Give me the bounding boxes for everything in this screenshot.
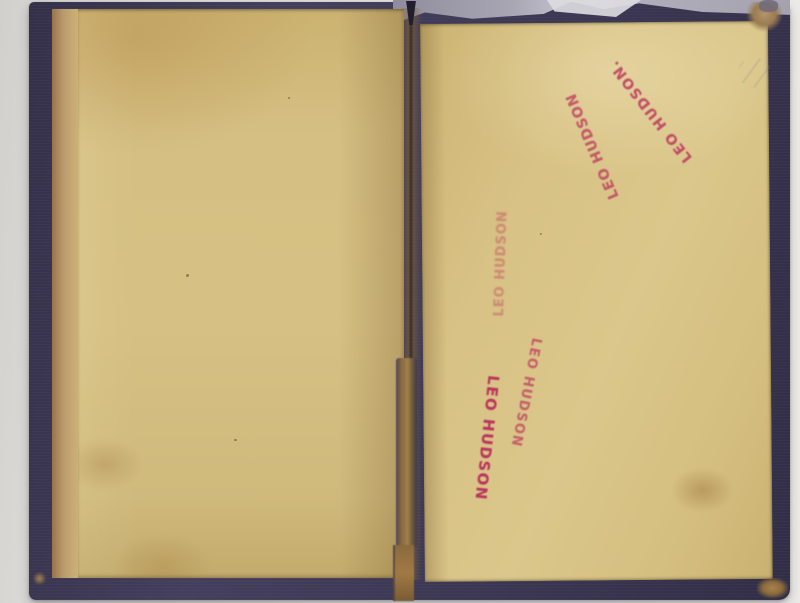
spine-binding-tape [396,358,417,548]
page-speck [234,439,237,441]
left-blank-page [78,9,404,578]
page-speck [540,233,542,235]
page-speck [288,97,290,99]
page-speck [186,274,189,277]
worn-corner-top-right-nick [759,0,778,12]
spine-tape-bottom [393,545,414,601]
worn-corner-bottom-left [33,572,46,585]
left-page-edge-stack [52,9,78,578]
photo-backdrop: LEO HUDSON. LEO HUDSON LEO HUDSON LEO HU… [0,0,800,603]
worn-corner-bottom-right [757,578,788,598]
